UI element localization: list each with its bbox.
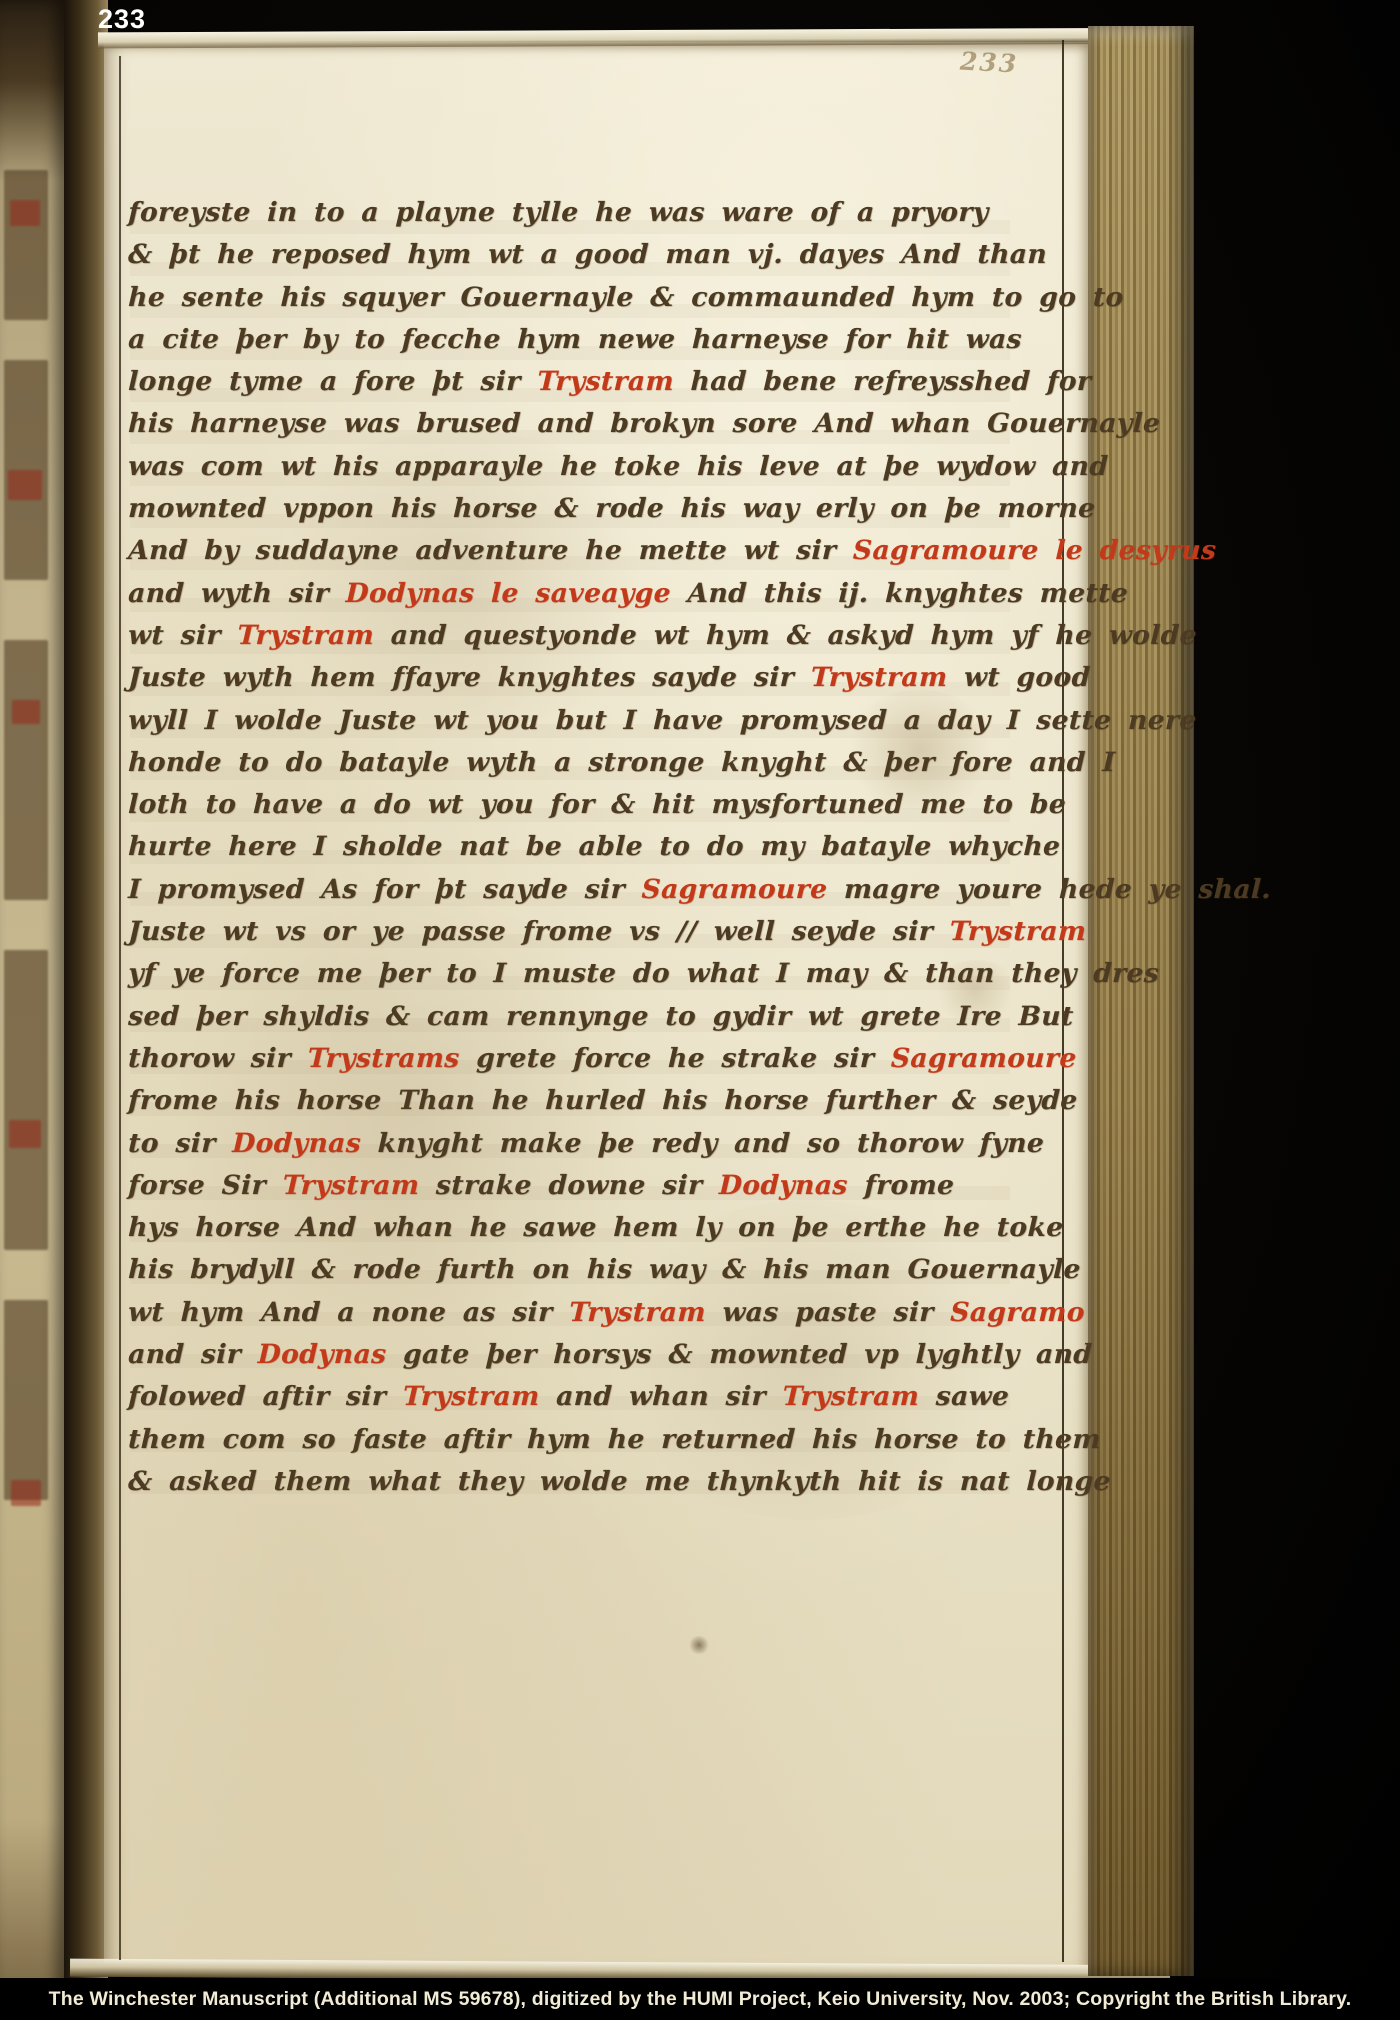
rubricated-name: Trystram <box>282 1170 420 1201</box>
ink-text: yf ye force me þer to I muste do what I … <box>128 958 1160 989</box>
ink-text: loth to have a do wt you for & hit mysfo… <box>128 789 1067 820</box>
ink-text: was paste sir <box>705 1297 951 1328</box>
facing-page-edge <box>0 0 64 2020</box>
rubricated-name: Dodynas <box>718 1170 848 1201</box>
manuscript-line: was com wt his apparayle he toke his lev… <box>127 451 1063 493</box>
ink-text: longe tyme a fore þt sir <box>128 366 538 397</box>
manuscript-line: & asked them what they wolde me thynkyth… <box>127 1466 1063 1508</box>
manuscript-line: mownted vppon his horse & rode his way e… <box>127 493 1063 535</box>
ink-text: wt hym And a none as sir <box>128 1297 570 1328</box>
manuscript-line: his brydyll & rode furth on his way & hi… <box>127 1254 1063 1296</box>
manuscript-photo: foreyste in to a playne tylle he was war… <box>0 0 1400 2020</box>
ink-text: had bene refreysshed for <box>673 366 1091 397</box>
rubricated-name: Dodynas <box>257 1339 387 1370</box>
manuscript-line: thorow sir Trystrams grete force he stra… <box>127 1043 1063 1085</box>
ink-text: honde to do batayle wyth a stronge knygh… <box>128 747 1116 778</box>
ink-text: a cite þer by to fecche hym newe harneys… <box>128 324 1023 355</box>
rubricated-name: Trystram <box>537 366 675 397</box>
ink-text: and wyth sir <box>128 578 347 609</box>
manuscript-line: a cite þer by to fecche hym newe harneys… <box>127 324 1063 366</box>
ink-text: magre youre hede ye shal. <box>827 874 1272 905</box>
rubricated-name: Sagramo <box>950 1297 1086 1328</box>
ink-text: was com wt his apparayle he toke his lev… <box>128 451 1109 482</box>
rubricated-name: Sagramoure le desyrus <box>852 535 1216 566</box>
ink-text: he sente his squyer Gouernayle & commaun… <box>128 282 1125 313</box>
manuscript-line: Juste wt vs or ye passe frome vs // well… <box>127 916 1063 958</box>
manuscript-line: hurte here I sholde nat be able to do my… <box>127 831 1063 873</box>
ink-text: sawe <box>919 1381 1010 1412</box>
manuscript-line: frome his horse Than he hurled his horse… <box>127 1085 1063 1127</box>
ink-text: thorow sir <box>128 1043 309 1074</box>
manuscript-line: foreyste in to a playne tylle he was war… <box>127 197 1063 239</box>
ink-text: frome his horse Than he hurled his horse… <box>128 1085 1079 1116</box>
folio-annotation: 233 <box>959 46 1019 78</box>
rubricated-name: Dodynas <box>232 1128 362 1159</box>
text-block: foreyste in to a playne tylle he was war… <box>128 197 1063 1508</box>
ink-text: grete force he strake sir <box>459 1043 891 1074</box>
ink-text: & asked them what they wolde me thynkyth… <box>128 1466 1112 1497</box>
manuscript-line: and wyth sir Dodynas le saveayge And thi… <box>127 578 1063 620</box>
ink-text: gate þer horsys & mownted vp lyghtly and <box>386 1339 1093 1370</box>
manuscript-line: and sir Dodynas gate þer horsys & mownte… <box>127 1339 1063 1381</box>
manuscript-line: hys horse And whan he sawe hem ly on þe … <box>127 1212 1063 1254</box>
manuscript-line: & þt he reposed hym wt a good man vj. da… <box>127 239 1063 281</box>
rubricated-name: Sagramoure <box>890 1043 1077 1074</box>
ink-text: And by suddayne adventure he mette wt si… <box>128 535 854 566</box>
ink-text: strake downe sir <box>419 1170 720 1201</box>
manuscript-line: And by suddayne adventure he mette wt si… <box>127 535 1063 577</box>
ink-text: Juste wyth hem ffayre knyghtes sayde sir <box>128 662 812 693</box>
ink-text: forse Sir <box>128 1170 284 1201</box>
ink-text: & þt he reposed hym wt a good man vj. da… <box>128 239 1048 270</box>
manuscript-line: his harneyse was brused and brokyn sore … <box>127 408 1063 450</box>
ink-text: Juste wt vs or ye passe frome vs // well… <box>128 916 951 947</box>
ink-text: wyll I wolde Juste wt you but I have pro… <box>128 705 1198 736</box>
rubricated-name: Trystram <box>569 1297 707 1328</box>
rubricated-name: Trystram <box>810 662 948 693</box>
ink-text: mownted vppon his horse & rode his way e… <box>128 493 1096 524</box>
ink-text: folowed aftir sir <box>128 1381 404 1412</box>
manuscript-line: wt sir Trystram and questyonde wt hym & … <box>127 620 1063 662</box>
manuscript-line: wt hym And a none as sir Trystram was pa… <box>127 1297 1063 1339</box>
manuscript-line: loth to have a do wt you for & hit mysfo… <box>127 789 1063 831</box>
ink-text: hys horse And whan he sawe hem ly on þe … <box>128 1212 1064 1243</box>
manuscript-line: forse Sir Trystram strake downe sir Dody… <box>127 1170 1063 1212</box>
manuscript-line: to sir Dodynas knyght make þe redy and s… <box>127 1128 1063 1170</box>
rubricated-name: Trystrams <box>307 1043 460 1074</box>
rubricated-name: Trystram <box>402 1381 540 1412</box>
manuscript-line: sed þer shyldis & cam rennynge to gydir … <box>127 1001 1063 1043</box>
ink-text: wt good <box>947 662 1091 693</box>
manuscript-line: them com so faste aftir hym he returned … <box>127 1424 1063 1466</box>
ink-text: wt sir <box>128 620 238 651</box>
rubricated-name: Dodynas le saveayge <box>345 578 671 609</box>
binding-gutter-shadow <box>64 0 108 2020</box>
ink-text: knyght make þe redy and so thorow fyne <box>361 1128 1045 1159</box>
left-ruling-line <box>119 56 121 1960</box>
ink-text: hurte here I sholde nat be able to do my… <box>128 831 1061 862</box>
manuscript-line: yf ye force me þer to I muste do what I … <box>127 958 1063 1000</box>
ink-text: foreyste in to a playne tylle he was war… <box>128 197 989 228</box>
fore-edge-leaf-stack <box>1088 26 1194 1976</box>
ink-text: and sir <box>128 1339 259 1370</box>
ink-text: I promysed As for þt sayde sir <box>128 874 642 905</box>
manuscript-line: honde to do batayle wyth a stronge knygh… <box>127 747 1063 789</box>
manuscript-line: folowed aftir sir Trystram and whan sir … <box>127 1381 1063 1423</box>
rubricated-name: Trystram <box>949 916 1087 947</box>
ink-text: to sir <box>128 1128 233 1159</box>
ink-text: sed þer shyldis & cam rennynge to gydir … <box>128 1001 1075 1032</box>
ink-text: his harneyse was brused and brokyn sore … <box>128 408 1161 439</box>
ink-text: and questyonde wt hym & askyd hym yf he … <box>374 620 1198 651</box>
rubricated-name: Trystram <box>237 620 375 651</box>
manuscript-line: wyll I wolde Juste wt you but I have pro… <box>127 705 1063 747</box>
ink-text: his brydyll & rode furth on his way & hi… <box>128 1254 1082 1285</box>
ink-text: frome <box>847 1170 955 1201</box>
manuscript-line: Juste wyth hem ffayre knyghtes sayde sir… <box>127 662 1063 704</box>
manuscript-line: I promysed As for þt sayde sir Sagramour… <box>127 874 1063 916</box>
rubricated-name: Trystram <box>782 1381 920 1412</box>
ink-text: them com so faste aftir hym he returned … <box>128 1424 1102 1455</box>
caption-text: The Winchester Manuscript (Additional MS… <box>49 1988 1352 2011</box>
manuscript-line: longe tyme a fore þt sir Trystram had be… <box>127 366 1063 408</box>
manuscript-line: he sente his squyer Gouernayle & commaun… <box>127 282 1063 324</box>
ink-text: And this ij. knyghtes mette <box>670 578 1128 609</box>
ink-text: and whan sir <box>539 1381 783 1412</box>
caption-bar: The Winchester Manuscript (Additional MS… <box>0 1978 1400 2020</box>
rubricated-name: Sagramoure <box>641 874 828 905</box>
slide-page-number: 233 <box>98 4 146 35</box>
